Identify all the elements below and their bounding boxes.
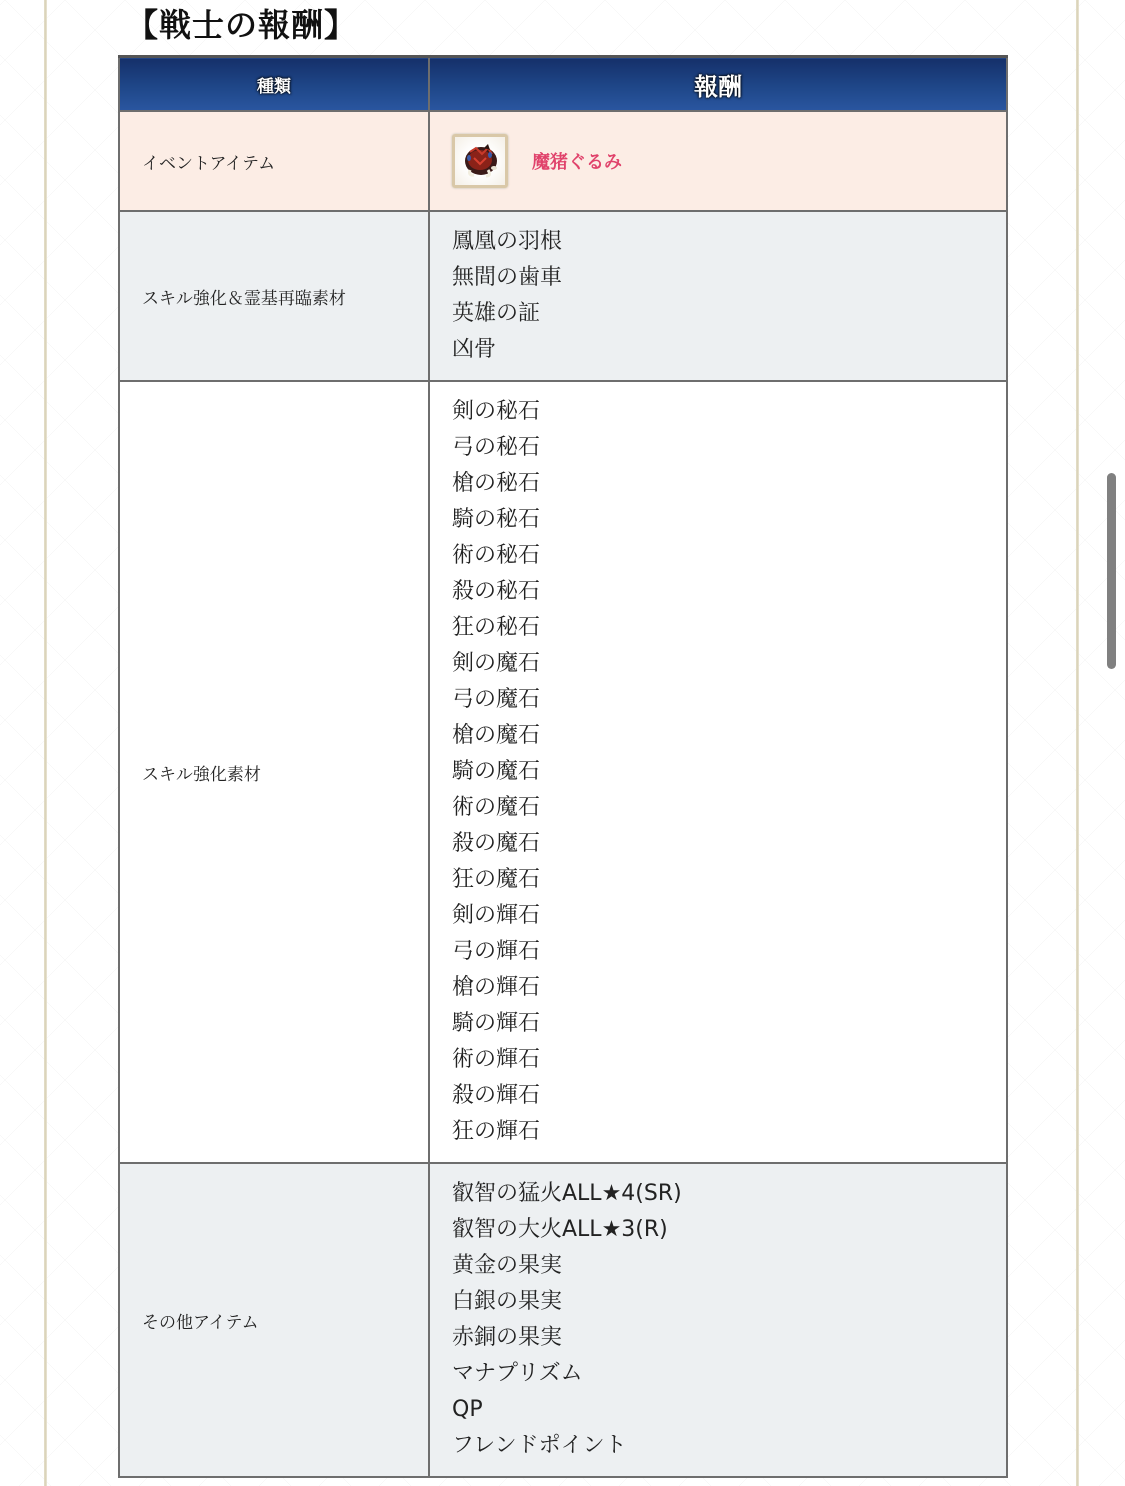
page-left-border	[44, 0, 47, 1486]
vertical-scrollbar[interactable]	[1107, 473, 1116, 669]
reward-item: 術の輝石	[452, 1042, 1006, 1078]
header-type: 種類	[119, 57, 429, 112]
reward-item: 凶骨	[452, 332, 1006, 368]
reward-item: マナプリズム	[452, 1356, 1006, 1392]
type-cell: スキル強化素材	[119, 381, 429, 1163]
page-right-border	[1076, 0, 1079, 1486]
reward-item: QP	[452, 1392, 1006, 1428]
reward-item: フレンドポイント	[452, 1428, 1006, 1464]
reward-item: 白銀の果実	[452, 1284, 1006, 1320]
reward-item-list: 剣の秘石弓の秘石槍の秘石騎の秘石術の秘石殺の秘石狂の秘石剣の魔石弓の魔石槍の魔石…	[452, 382, 1006, 1162]
reward-item-list: 鳳凰の羽根無間の歯車英雄の証凶骨	[452, 212, 1006, 380]
boar-plush-icon[interactable]	[452, 134, 508, 188]
reward-item: 英雄の証	[452, 296, 1006, 332]
reward-cell: 魔猪ぐるみ	[429, 111, 1007, 211]
main-content: 【戦士の報酬】 種類 報酬 イベントアイテム	[118, 0, 1008, 1478]
reward-item: 弓の秘石	[452, 430, 1006, 466]
reward-item: 弓の輝石	[452, 934, 1006, 970]
reward-item: 殺の魔石	[452, 826, 1006, 862]
reward-item: 槍の魔石	[452, 718, 1006, 754]
table-row-other-items: その他アイテム 叡智の猛火ALL★4(SR)叡智の大火ALL★3(R)黄金の果実…	[119, 1163, 1007, 1477]
reward-cell: 剣の秘石弓の秘石槍の秘石騎の秘石術の秘石殺の秘石狂の秘石剣の魔石弓の魔石槍の魔石…	[429, 381, 1007, 1163]
reward-item: 叡智の大火ALL★3(R)	[452, 1212, 1006, 1248]
reward-item: 無間の歯車	[452, 260, 1006, 296]
reward-cell: 鳳凰の羽根無間の歯車英雄の証凶骨	[429, 211, 1007, 381]
table-body: イベントアイテム	[119, 111, 1007, 1477]
reward-item: 術の秘石	[452, 538, 1006, 574]
reward-item: 鳳凰の羽根	[452, 224, 1006, 260]
boar-plush-icon-graphic	[460, 142, 500, 180]
reward-item: 叡智の猛火ALL★4(SR)	[452, 1176, 1006, 1212]
reward-item: 剣の輝石	[452, 898, 1006, 934]
reward-item: 狂の魔石	[452, 862, 1006, 898]
reward-item: 騎の秘石	[452, 502, 1006, 538]
rewards-table: 種類 報酬 イベントアイテム	[118, 55, 1008, 1478]
reward-item: 槍の輝石	[452, 970, 1006, 1006]
reward-item: 黄金の果実	[452, 1248, 1006, 1284]
reward-item: 剣の秘石	[452, 394, 1006, 430]
type-cell: スキル強化＆霊基再臨素材	[119, 211, 429, 381]
section-title: 【戦士の報酬】	[126, 0, 1008, 50]
header-reward: 報酬	[429, 57, 1007, 112]
reward-item: 狂の輝石	[452, 1114, 1006, 1150]
reward-item: 騎の輝石	[452, 1006, 1006, 1042]
table-row-ascension-materials: スキル強化＆霊基再臨素材 鳳凰の羽根無間の歯車英雄の証凶骨	[119, 211, 1007, 381]
reward-item: 赤銅の果実	[452, 1320, 1006, 1356]
reward-item: 術の魔石	[452, 790, 1006, 826]
reward-cell: 叡智の猛火ALL★4(SR)叡智の大火ALL★3(R)黄金の果実白銀の果実赤銅の…	[429, 1163, 1007, 1477]
reward-item: 槍の秘石	[452, 466, 1006, 502]
table-row-event-item: イベントアイテム	[119, 111, 1007, 211]
type-cell: その他アイテム	[119, 1163, 429, 1477]
reward-item: 殺の輝石	[452, 1078, 1006, 1114]
table-header-row: 種類 報酬	[119, 57, 1007, 112]
event-item-name[interactable]: 魔猪ぐるみ	[532, 148, 622, 174]
reward-item: 弓の魔石	[452, 682, 1006, 718]
event-item-link[interactable]: 魔猪ぐるみ	[452, 134, 1006, 188]
reward-item-list: 叡智の猛火ALL★4(SR)叡智の大火ALL★3(R)黄金の果実白銀の果実赤銅の…	[452, 1164, 1006, 1476]
reward-item: 狂の秘石	[452, 610, 1006, 646]
table-row-skill-materials: スキル強化素材 剣の秘石弓の秘石槍の秘石騎の秘石術の秘石殺の秘石狂の秘石剣の魔石…	[119, 381, 1007, 1163]
reward-item: 騎の魔石	[452, 754, 1006, 790]
reward-item: 剣の魔石	[452, 646, 1006, 682]
reward-item: 殺の秘石	[452, 574, 1006, 610]
type-cell: イベントアイテム	[119, 111, 429, 211]
